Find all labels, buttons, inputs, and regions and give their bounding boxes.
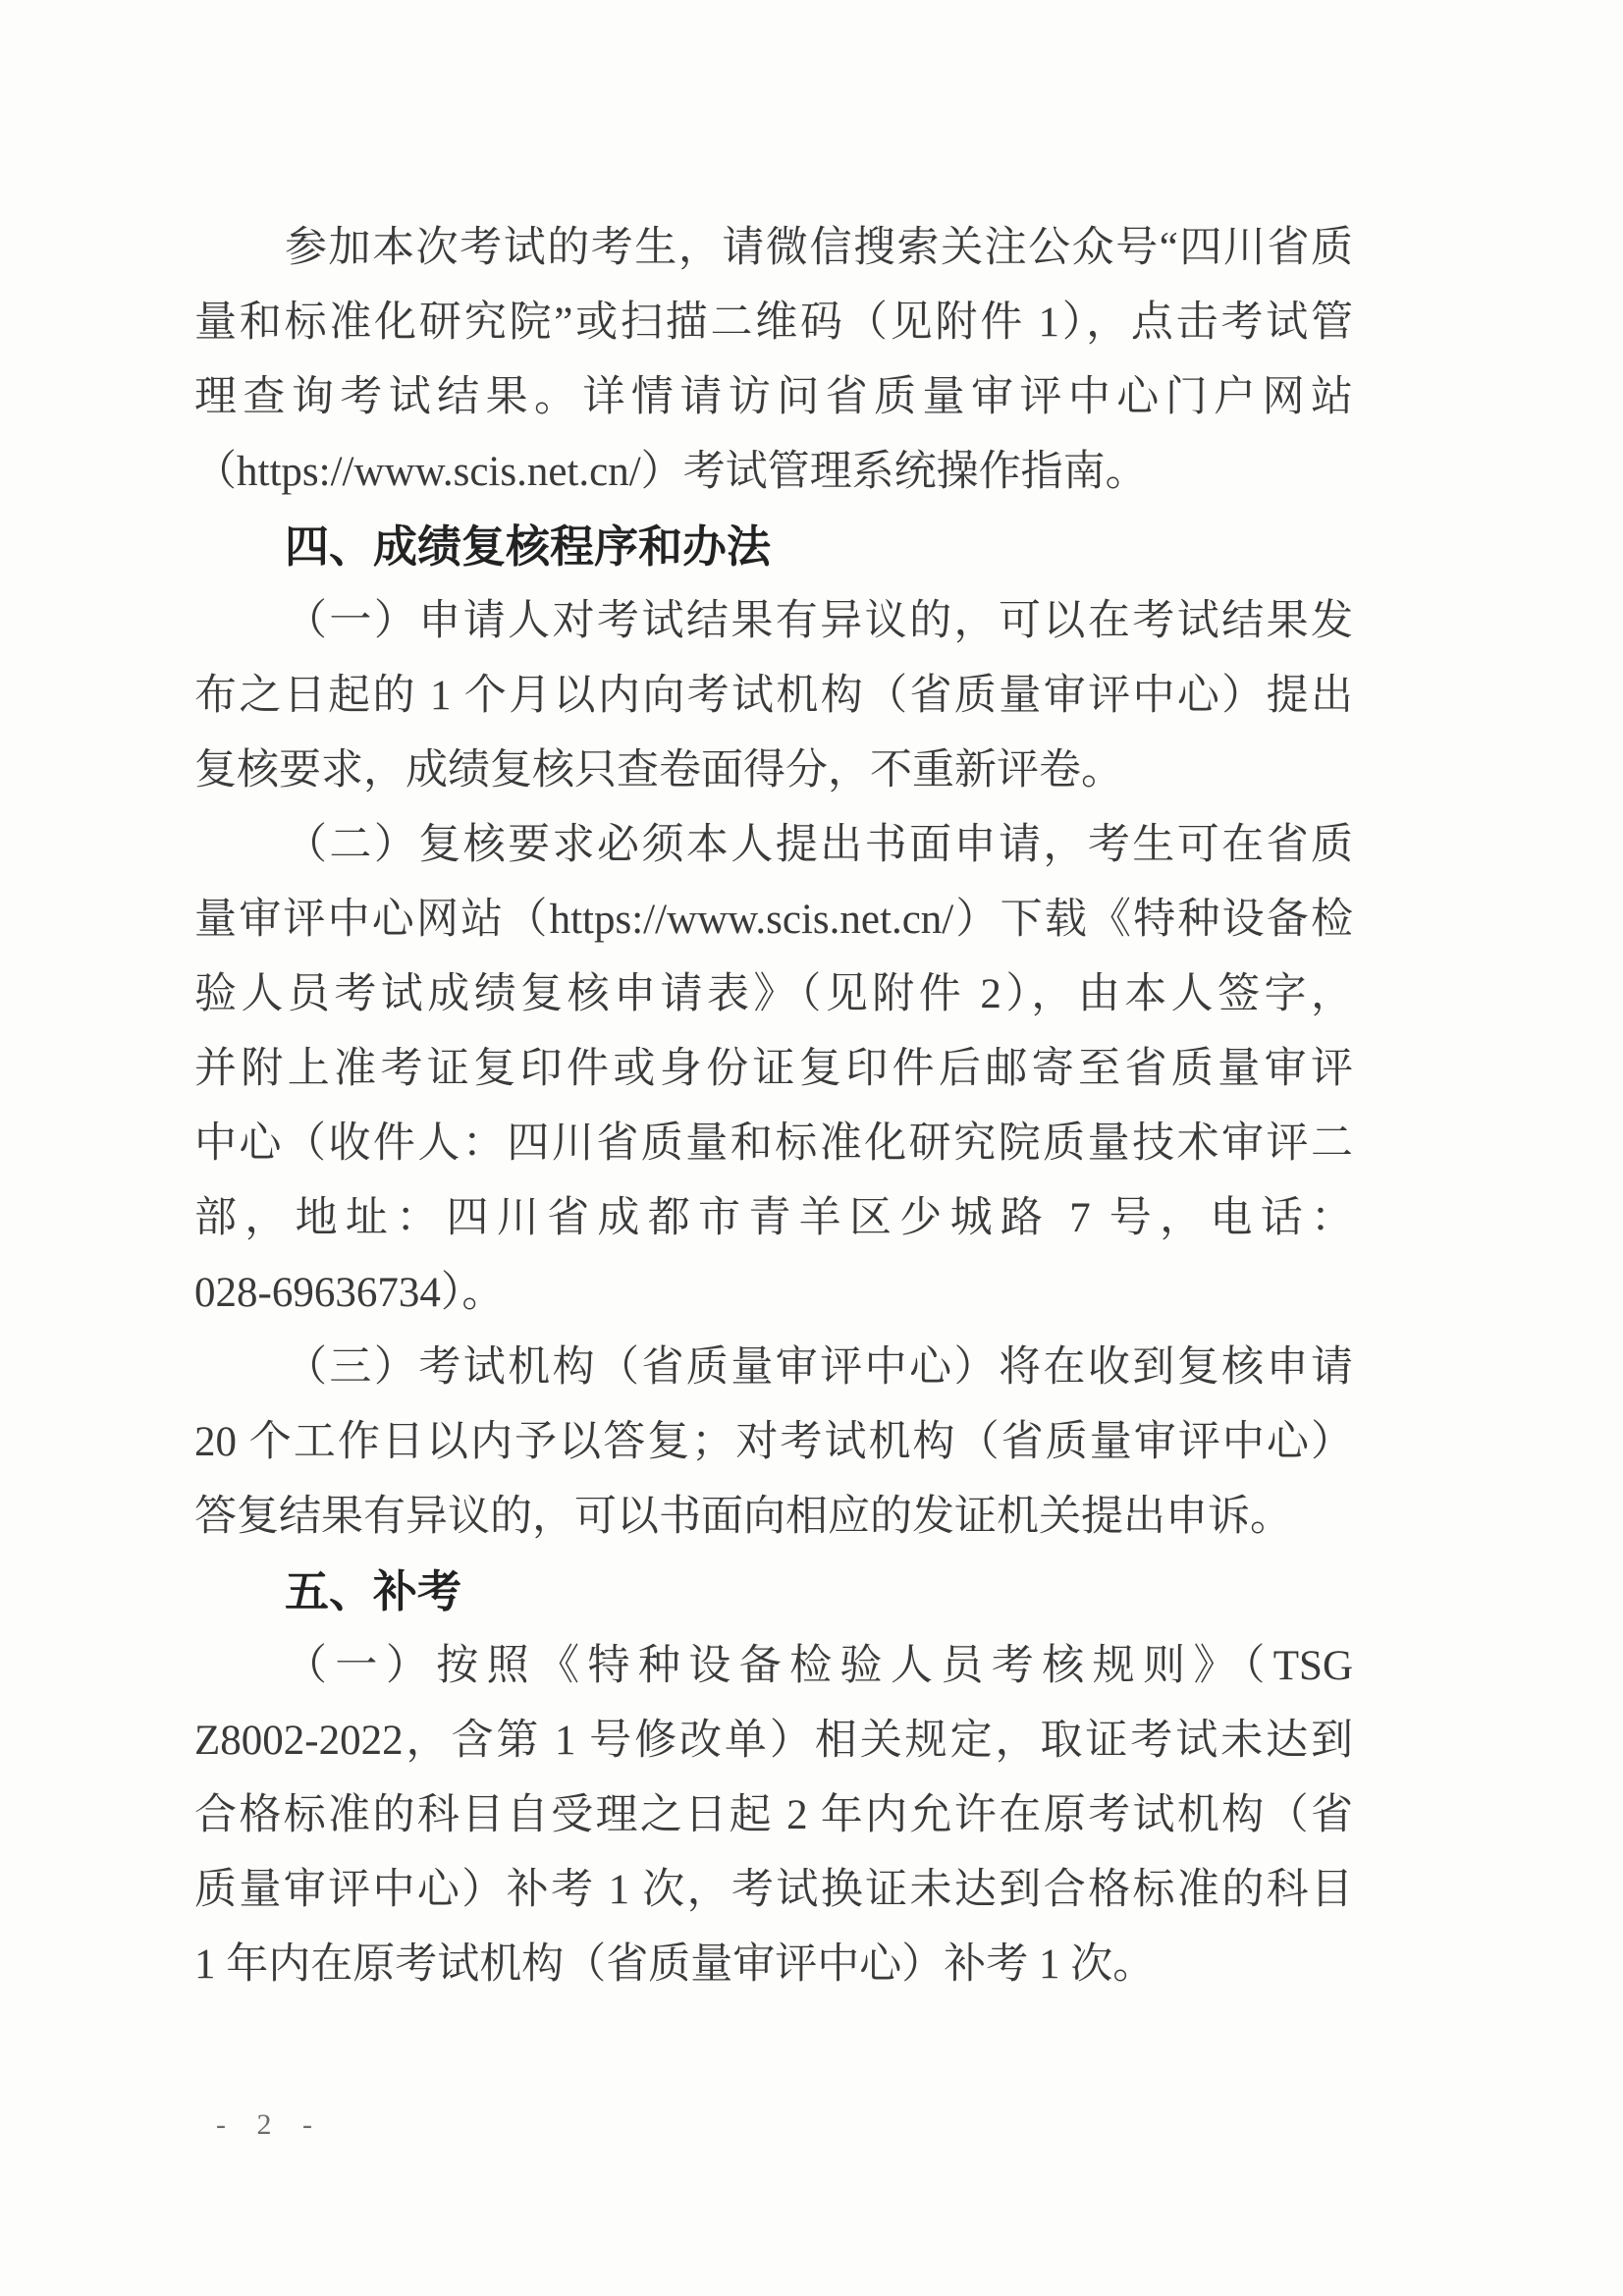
text-line: （三）考试机构（省质量审评中心）将在收到复核申请 [194,1331,1353,1405]
text-line: 中心（收件人：四川省质量和标准化研究院质量技术审评二 [194,1107,1353,1181]
text-line: Z8002-2022，含第 1 号修改单）相关规定，取证考试未达到 [194,1704,1353,1778]
text-line: 并附上准考证复印件或身份证复印件后邮寄至省质量审评 [194,1032,1353,1107]
document-body: 参加本次考试的考生，请微信搜索关注公众号“四川省质 量和标准化研究院”或扫描二维… [194,211,1353,2002]
text-line: 验人员考试成绩复核申请表》（见附件 2），由本人签字， [194,957,1353,1032]
text-line: 量审评中心网站（https://www.scis.net.cn/）下载《特种设备… [194,883,1353,957]
section-4-item-1: （一）申请人对考试结果有异议的，可以在考试结果发 布之日起的 1 个月以内向考试… [194,584,1353,808]
intro-paragraph: 参加本次考试的考生，请微信搜索关注公众号“四川省质 量和标准化研究院”或扫描二维… [194,211,1353,510]
section-4-heading: 四、成绩复核程序和办法 [194,510,1353,584]
section-4-item-2: （二）复核要求必须本人提出书面申请，考生可在省质 量审评中心网站（https:/… [194,808,1353,1331]
page-number: - 2 - [216,2105,324,2145]
text-line: 028-69636734）。 [194,1256,1353,1331]
section-4-item-3: （三）考试机构（省质量审评中心）将在收到复核申请 20 个工作日以内予以答复；对… [194,1331,1353,1555]
text-line: 20 个工作日以内予以答复；对考试机构（省质量审评中心） [194,1405,1353,1480]
section-4: 四、成绩复核程序和办法 （一）申请人对考试结果有异议的，可以在考试结果发 布之日… [194,510,1353,1555]
text-line: （一）按照《特种设备检验人员考核规则》（TSG [194,1629,1353,1704]
text-line: （https://www.scis.net.cn/）考试管理系统操作指南。 [194,435,1353,510]
text-line: 复核要求，成绩复核只查卷面得分，不重新评卷。 [194,734,1353,808]
section-5: 五、补考 （一）按照《特种设备检验人员考核规则》（TSG Z8002-2022，… [194,1555,1353,2002]
section-5-item-1: （一）按照《特种设备检验人员考核规则》（TSG Z8002-2022，含第 1 … [194,1629,1353,2002]
text-line: （二）复核要求必须本人提出书面申请，考生可在省质 [194,808,1353,883]
text-line: 参加本次考试的考生，请微信搜索关注公众号“四川省质 [194,211,1353,286]
text-line: （一）申请人对考试结果有异议的，可以在考试结果发 [194,584,1353,659]
text-line: 部，地址：四川省成都市青羊区少城路 7 号，电话： [194,1181,1353,1256]
text-line: 合格标准的科目自受理之日起 2 年内允许在原考试机构（省 [194,1778,1353,1853]
text-line: 质量审评中心）补考 1 次，考试换证未达到合格标准的科目 [194,1853,1353,1928]
text-line: 1 年内在原考试机构（省质量审评中心）补考 1 次。 [194,1928,1353,2002]
text-line: 布之日起的 1 个月以内向考试机构（省质量审评中心）提出 [194,659,1353,734]
section-5-heading: 五、补考 [194,1555,1353,1629]
text-line: 答复结果有异议的，可以书面向相应的发证机关提出申诉。 [194,1480,1353,1555]
scanned-document-page: 参加本次考试的考生，请微信搜索关注公众号“四川省质 量和标准化研究院”或扫描二维… [0,0,1623,2296]
text-line: 量和标准化研究院”或扫描二维码（见附件 1），点击考试管 [194,286,1353,360]
text-line: 理查询考试结果。详情请访问省质量审评中心门户网站 [194,360,1353,435]
